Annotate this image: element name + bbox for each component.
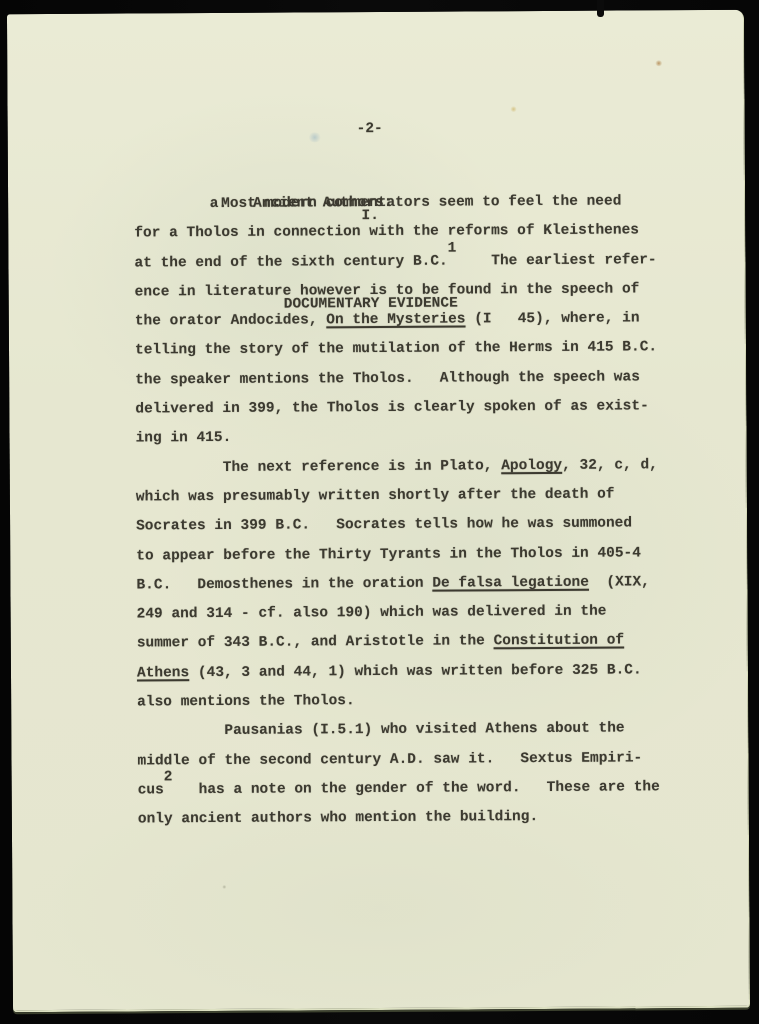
- text-segment: the orator Andocides,: [135, 313, 327, 330]
- text-segment: Socrates in 399 B.C. Socrates tells how …: [136, 516, 632, 535]
- text-segment: to appear before the Thirty Tyrants in t…: [136, 545, 641, 564]
- text-segment: for a Tholos in connection with the refo…: [134, 223, 639, 242]
- text-line: summer of 343 B.C., and Aristotle in the…: [137, 627, 659, 659]
- text-segment: also mentions the Tholos.: [137, 693, 355, 710]
- text-line: B.C. Demosthenes in the oration De falsa…: [136, 568, 658, 600]
- text-segment: (I 45), where, in: [465, 311, 639, 328]
- paragraph: The next reference is in Plato, Apology,…: [136, 451, 660, 718]
- text-segment: 249 and 314 - cf. also 190) which was de…: [137, 604, 607, 623]
- text-segment: Pausanias (I.5.1) who visited Athens abo…: [137, 721, 624, 740]
- text-segment: summer of 343 B.C., and Aristotle in the: [137, 634, 494, 652]
- underlined-title: Constitution of: [494, 633, 625, 650]
- paragraph: Most modern commentators seem to feel th…: [134, 187, 658, 454]
- text-line: the speaker mentions the Tholos. Althoug…: [135, 363, 657, 395]
- text-segment: only ancient authors who mention the bui…: [138, 809, 538, 827]
- underlined-title: Athens: [137, 665, 189, 681]
- text-line: 249 and 314 - cf. also 190) which was de…: [137, 597, 659, 629]
- underlined-title: On the Mysteries: [326, 312, 465, 329]
- underlined-title: De falsa legatione: [432, 575, 589, 592]
- text-segment: B.C. Demosthenes in the oration: [136, 576, 432, 594]
- text-segment: (43, 3 and 44, 1) which was written befo…: [189, 662, 642, 681]
- text-segment: at the end of the sixth century B.C.: [134, 253, 447, 271]
- underlined-title: Apology: [501, 458, 562, 474]
- document-page: -2- I. DOCUMENTARY EVIDENCE a.Ancient Au…: [7, 10, 750, 1012]
- text-line: Pausanias (I.5.1) who visited Athens abo…: [137, 715, 659, 747]
- typewritten-text-column: -2- I. DOCUMENTARY EVIDENCE a.Ancient Au…: [7, 10, 749, 1010]
- footnote-marker: 2: [164, 769, 173, 785]
- text-line: ence in literature however is to be foun…: [135, 275, 657, 307]
- text-segment: cus: [138, 782, 164, 798]
- text-segment: delivered in 399, the Tholos is clearly …: [135, 398, 648, 417]
- text-segment: the speaker mentions the Tholos. Althoug…: [135, 369, 640, 388]
- document-body: Most modern commentators seem to feel th…: [134, 187, 660, 835]
- text-segment: middle of the second century A.D. saw it…: [137, 750, 642, 769]
- scan-edge-notch: [597, 0, 604, 17]
- text-segment: (XIX,: [589, 574, 650, 590]
- footnote-marker: 1: [448, 240, 457, 256]
- text-line: which was presumably written shortly aft…: [136, 480, 658, 512]
- text-line: The next reference is in Plato, Apology,…: [136, 451, 658, 483]
- text-line: for a Tholos in connection with the refo…: [134, 217, 656, 249]
- text-segment: which was presumably written shortly aft…: [136, 487, 615, 506]
- text-segment: ing in 415.: [136, 430, 232, 447]
- text-line: Socrates in 399 B.C. Socrates tells how …: [136, 510, 658, 542]
- text-segment: Most modern commentators seem to feel th…: [134, 194, 621, 213]
- text-line: also mentions the Tholos.: [137, 685, 659, 717]
- text-segment: ence in literature however is to be foun…: [135, 281, 640, 300]
- text-segment: has a note on the gender of the word. Th…: [172, 779, 659, 798]
- scan-background: -2- I. DOCUMENTARY EVIDENCE a.Ancient Au…: [0, 0, 759, 1024]
- text-line: Athens (43, 3 and 44, 1) which was writt…: [137, 656, 659, 688]
- text-line: telling the story of the mutilation of t…: [135, 334, 657, 366]
- text-line: at the end of the sixth century B.C.1 Th…: [134, 246, 656, 278]
- text-line: ing in 415.: [135, 422, 657, 454]
- text-segment: The next reference is in Plato,: [136, 458, 502, 476]
- text-line: the orator Andocides, On the Mysteries (…: [135, 304, 657, 336]
- text-segment: The earliest refer-: [456, 252, 656, 269]
- text-line: Most modern commentators seem to feel th…: [134, 187, 656, 219]
- paragraph: Pausanias (I.5.1) who visited Athens abo…: [137, 715, 660, 835]
- text-line: middle of the second century A.D. saw it…: [137, 744, 659, 776]
- text-line: cus2 has a note on the gender of the wor…: [138, 773, 660, 805]
- text-segment: , 32, c, d,: [562, 457, 658, 474]
- text-line: delivered in 399, the Tholos is clearly …: [135, 392, 657, 424]
- text-segment: telling the story of the mutilation of t…: [135, 340, 657, 359]
- text-line: only ancient authors who mention the bui…: [138, 803, 660, 835]
- text-line: to appear before the Thirty Tyrants in t…: [136, 539, 658, 571]
- page-number: -2-: [8, 112, 732, 146]
